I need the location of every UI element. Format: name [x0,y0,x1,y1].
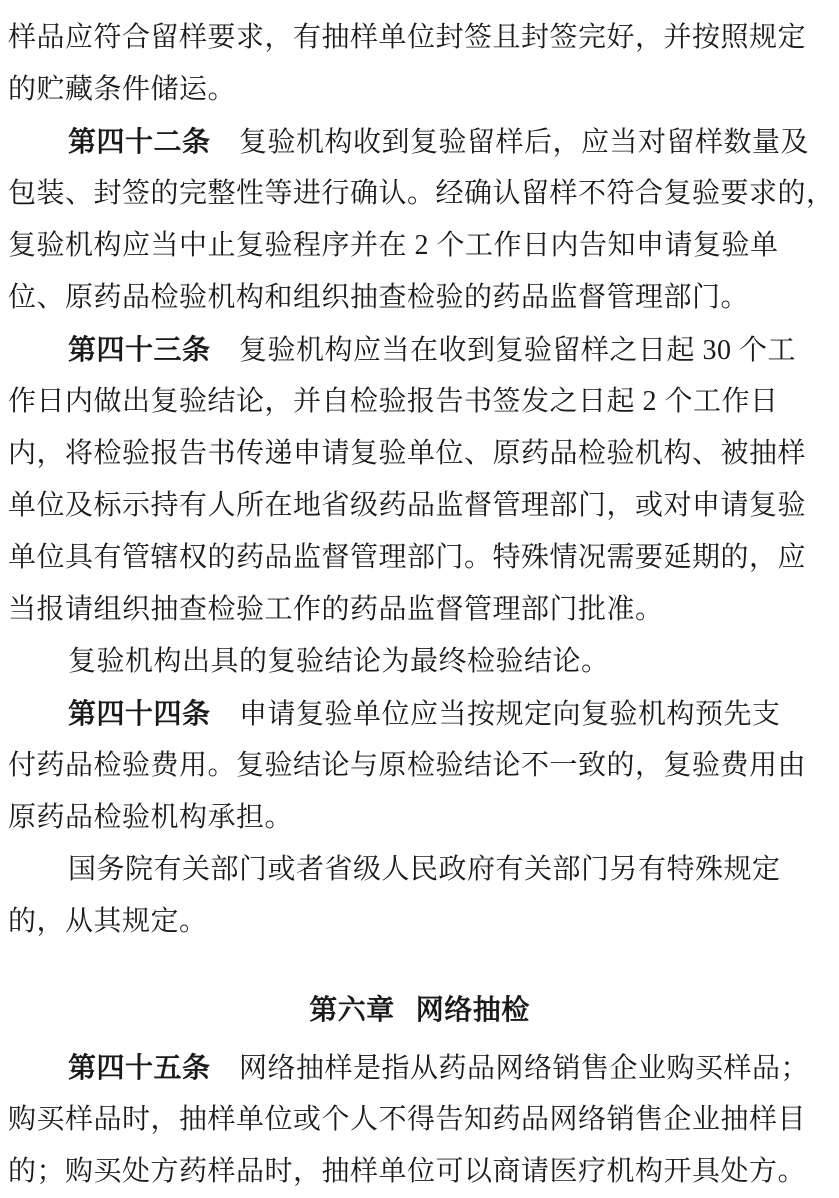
text-line: 复验机构应当中止复验程序并在 2 个工作日内告知申请复验单 [8,220,831,272]
document-page: 样品应符合留样要求，有抽样单位封签且封签完好，并按照规定的贮藏条件储运。第四十二… [0,0,839,1198]
line-text: 网络抽检 [416,994,530,1025]
article-number: 第四十二条 [68,126,211,157]
text-line: 复验机构出具的复验结论为最终检验结论。 [8,636,831,688]
line-text: 原药品检验机构承担。 [8,802,293,833]
line-text: 复验机构应当在收到复验留样之日起 30 个工 [211,335,797,366]
line-text: 当报请组织抽查检验工作的药品监督管理部门批准。 [8,594,664,625]
text-line: 第四十二条 复验机构收到复验留样后，应当对留样数量及 [8,116,831,168]
line-text: 内，将检验报告书传递申请复验单位、原药品检验机构、被抽样 [8,438,806,469]
text-line: 位、原药品检验机构和组织抽查检验的药品监督管理部门。 [8,272,831,324]
text-line: 样品应符合留样要求，有抽样单位封签且封签完好，并按照规定 [8,12,831,64]
text-line: 的贮藏条件储运。 [8,64,831,116]
article-number: 第四十五条 [68,1052,211,1083]
article-number: 第四十三条 [68,334,211,365]
text-line: 的；购买处方药样品时，抽样单位可以商请医疗机构开具处方。 [8,1146,831,1198]
line-text: 购买样品时，抽样单位或个人不得告知药品网络销售企业抽样目 [8,1104,806,1135]
line-text: 复验机构收到复验留样后，应当对留样数量及 [211,127,810,158]
chapter-heading: 第六章网络抽检 [8,984,831,1036]
line-text: 包装、封签的完整性等进行确认。经确认留样不符合复验要求的， [8,178,835,209]
text-line: 购买样品时，抽样单位或个人不得告知药品网络销售企业抽样目 [8,1094,831,1146]
text-line: 包装、封签的完整性等进行确认。经确认留样不符合复验要求的， [8,168,831,220]
chapter-number: 第六章 [309,994,395,1025]
line-text: 作日内做出复验结论，并自检验报告书签发之日起 2 个工作日 [8,386,779,417]
text-line: 单位及标示持有人所在地省级药品监督管理部门，或对申请复验 [8,480,831,532]
line-text: 网络抽样是指从药品网络销售企业购买样品； [211,1053,810,1084]
line-text: 样品应符合留样要求，有抽样单位封签且封签完好，并按照规定 [8,22,806,53]
text-line: 当报请组织抽查检验工作的药品监督管理部门批准。 [8,584,831,636]
text-line: 内，将检验报告书传递申请复验单位、原药品检验机构、被抽样 [8,428,831,480]
text-line: 单位具有管辖权的药品监督管理部门。特殊情况需要延期的，应 [8,532,831,584]
text-line: 第四十五条 网络抽样是指从药品网络销售企业购买样品； [8,1042,831,1094]
line-text: 单位及标示持有人所在地省级药品监督管理部门，或对申请复验 [8,490,806,521]
line-text: 复验机构出具的复验结论为最终检验结论。 [68,646,610,677]
text-line: 国务院有关部门或者省级人民政府有关部门另有特殊规定 [8,844,831,896]
line-text: 申请复验单位应当按规定向复验机构预先支 [211,699,781,730]
line-text: 单位具有管辖权的药品监督管理部门。特殊情况需要延期的，应 [8,542,806,573]
article-number: 第四十四条 [68,698,211,729]
text-line: 付药品检验费用。复验结论与原检验结论不一致的，复验费用由 [8,740,831,792]
line-text: 的贮藏条件储运。 [8,74,236,105]
line-text: 复验机构应当中止复验程序并在 2 个工作日内告知申请复验单 [8,230,779,261]
text-line: 原药品检验机构承担。 [8,792,831,844]
line-text: 的；购买处方药样品时，抽样单位可以商请医疗机构开具处方。 [8,1156,806,1187]
text-line: 作日内做出复验结论，并自检验报告书签发之日起 2 个工作日 [8,376,831,428]
text-line: 的，从其规定。 [8,896,831,948]
line-text: 国务院有关部门或者省级人民政府有关部门另有特殊规定 [68,854,781,885]
line-text: 的，从其规定。 [8,906,208,937]
text-line: 第四十四条 申请复验单位应当按规定向复验机构预先支 [8,688,831,740]
line-text: 位、原药品检验机构和组织抽查检验的药品监督管理部门。 [8,282,749,313]
line-text: 付药品检验费用。复验结论与原检验结论不一致的，复验费用由 [8,750,806,781]
text-line: 第四十三条 复验机构应当在收到复验留样之日起 30 个工 [8,324,831,376]
